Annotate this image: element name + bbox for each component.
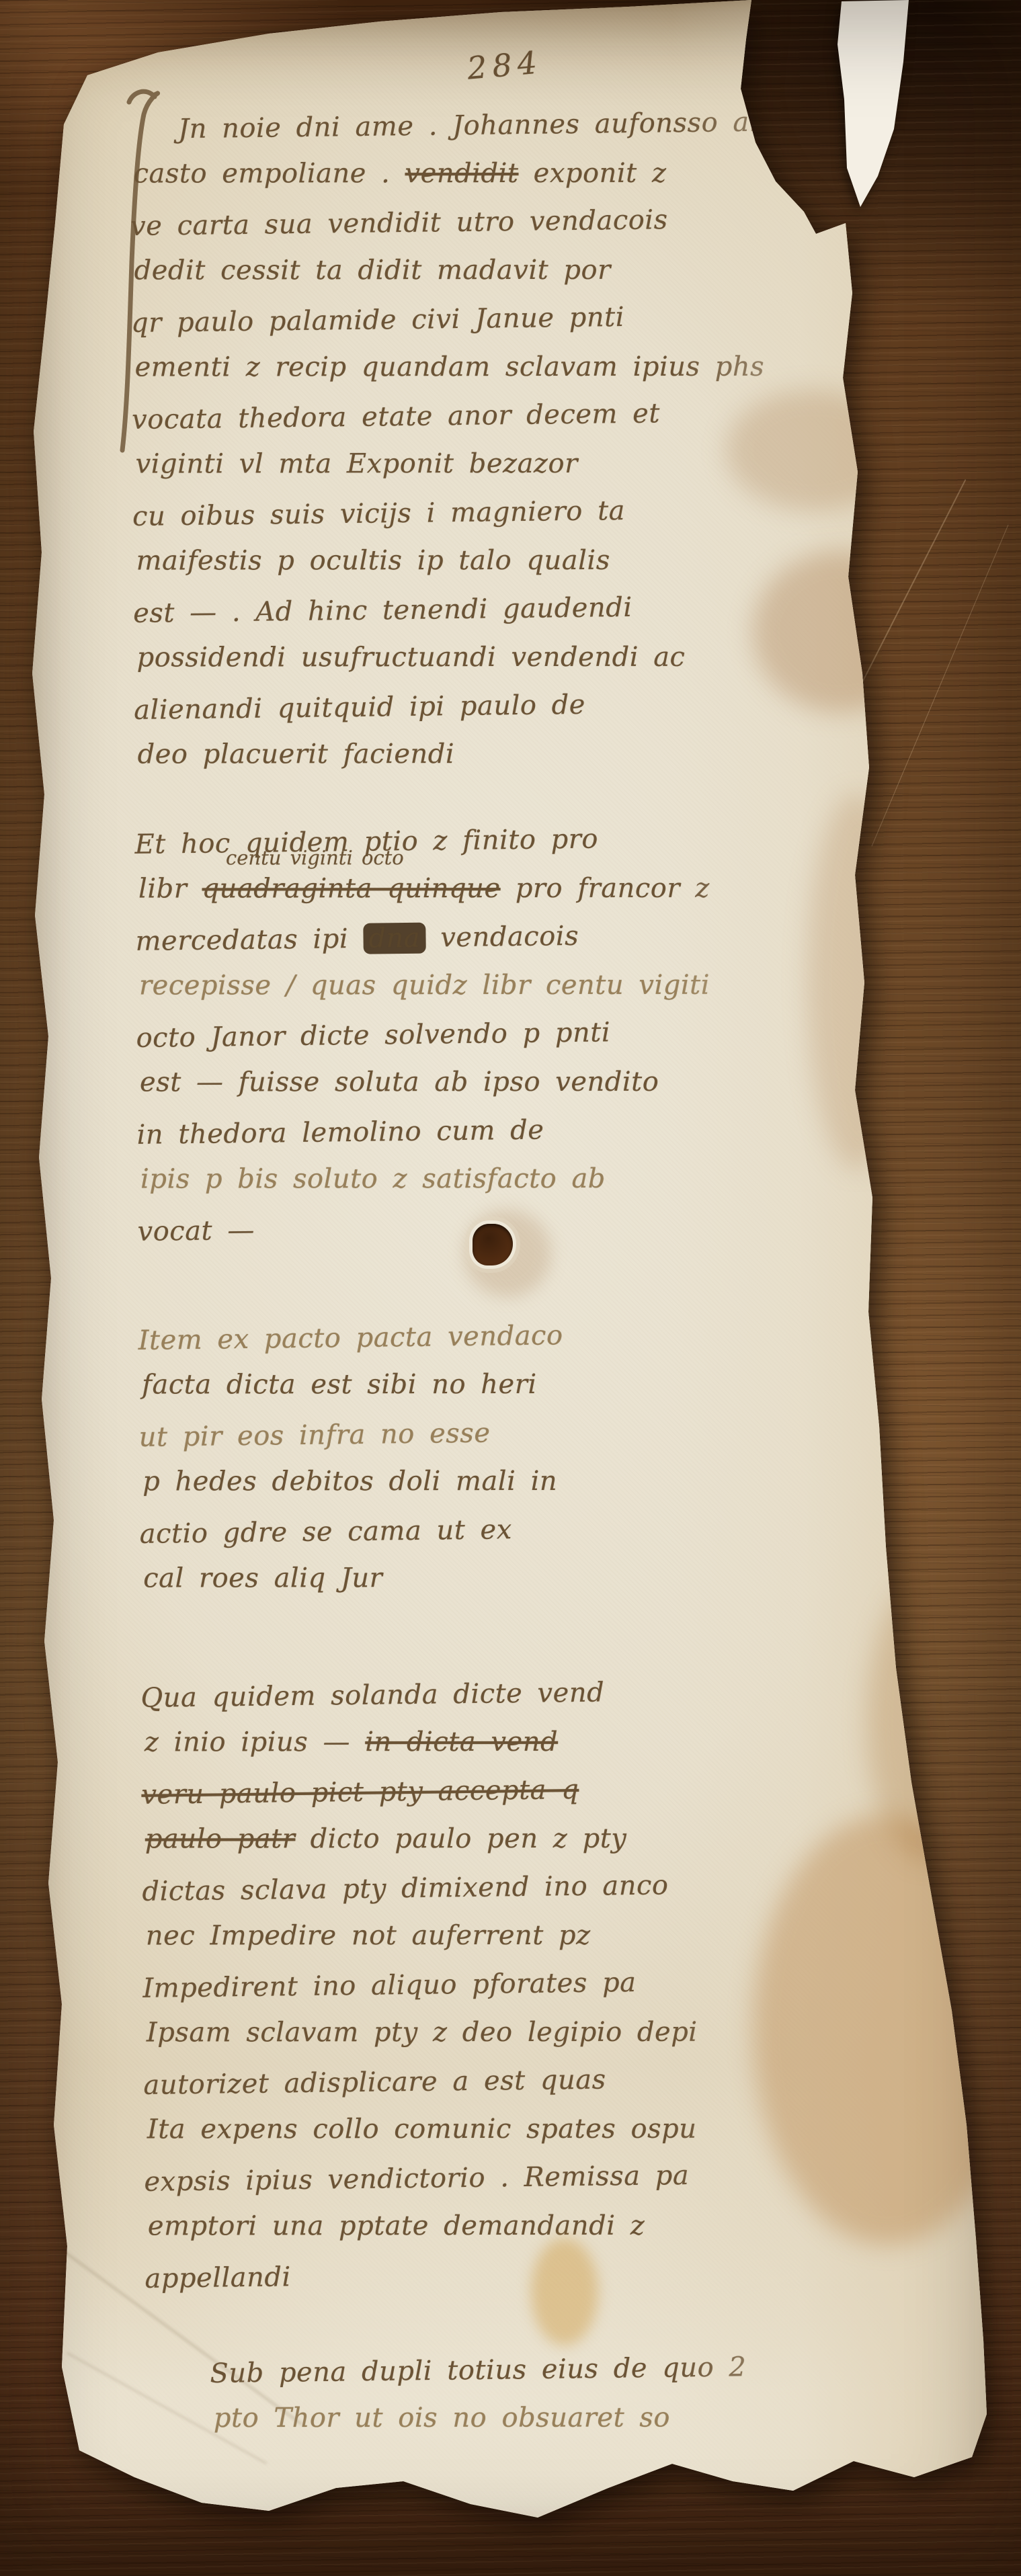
torn-flap-wrap — [0, 0, 1021, 2576]
torn-paper-flap — [0, 0, 1021, 2576]
photo-scene: 284 Jn noie dni ame . Johannes aufonsso … — [0, 0, 1021, 2576]
